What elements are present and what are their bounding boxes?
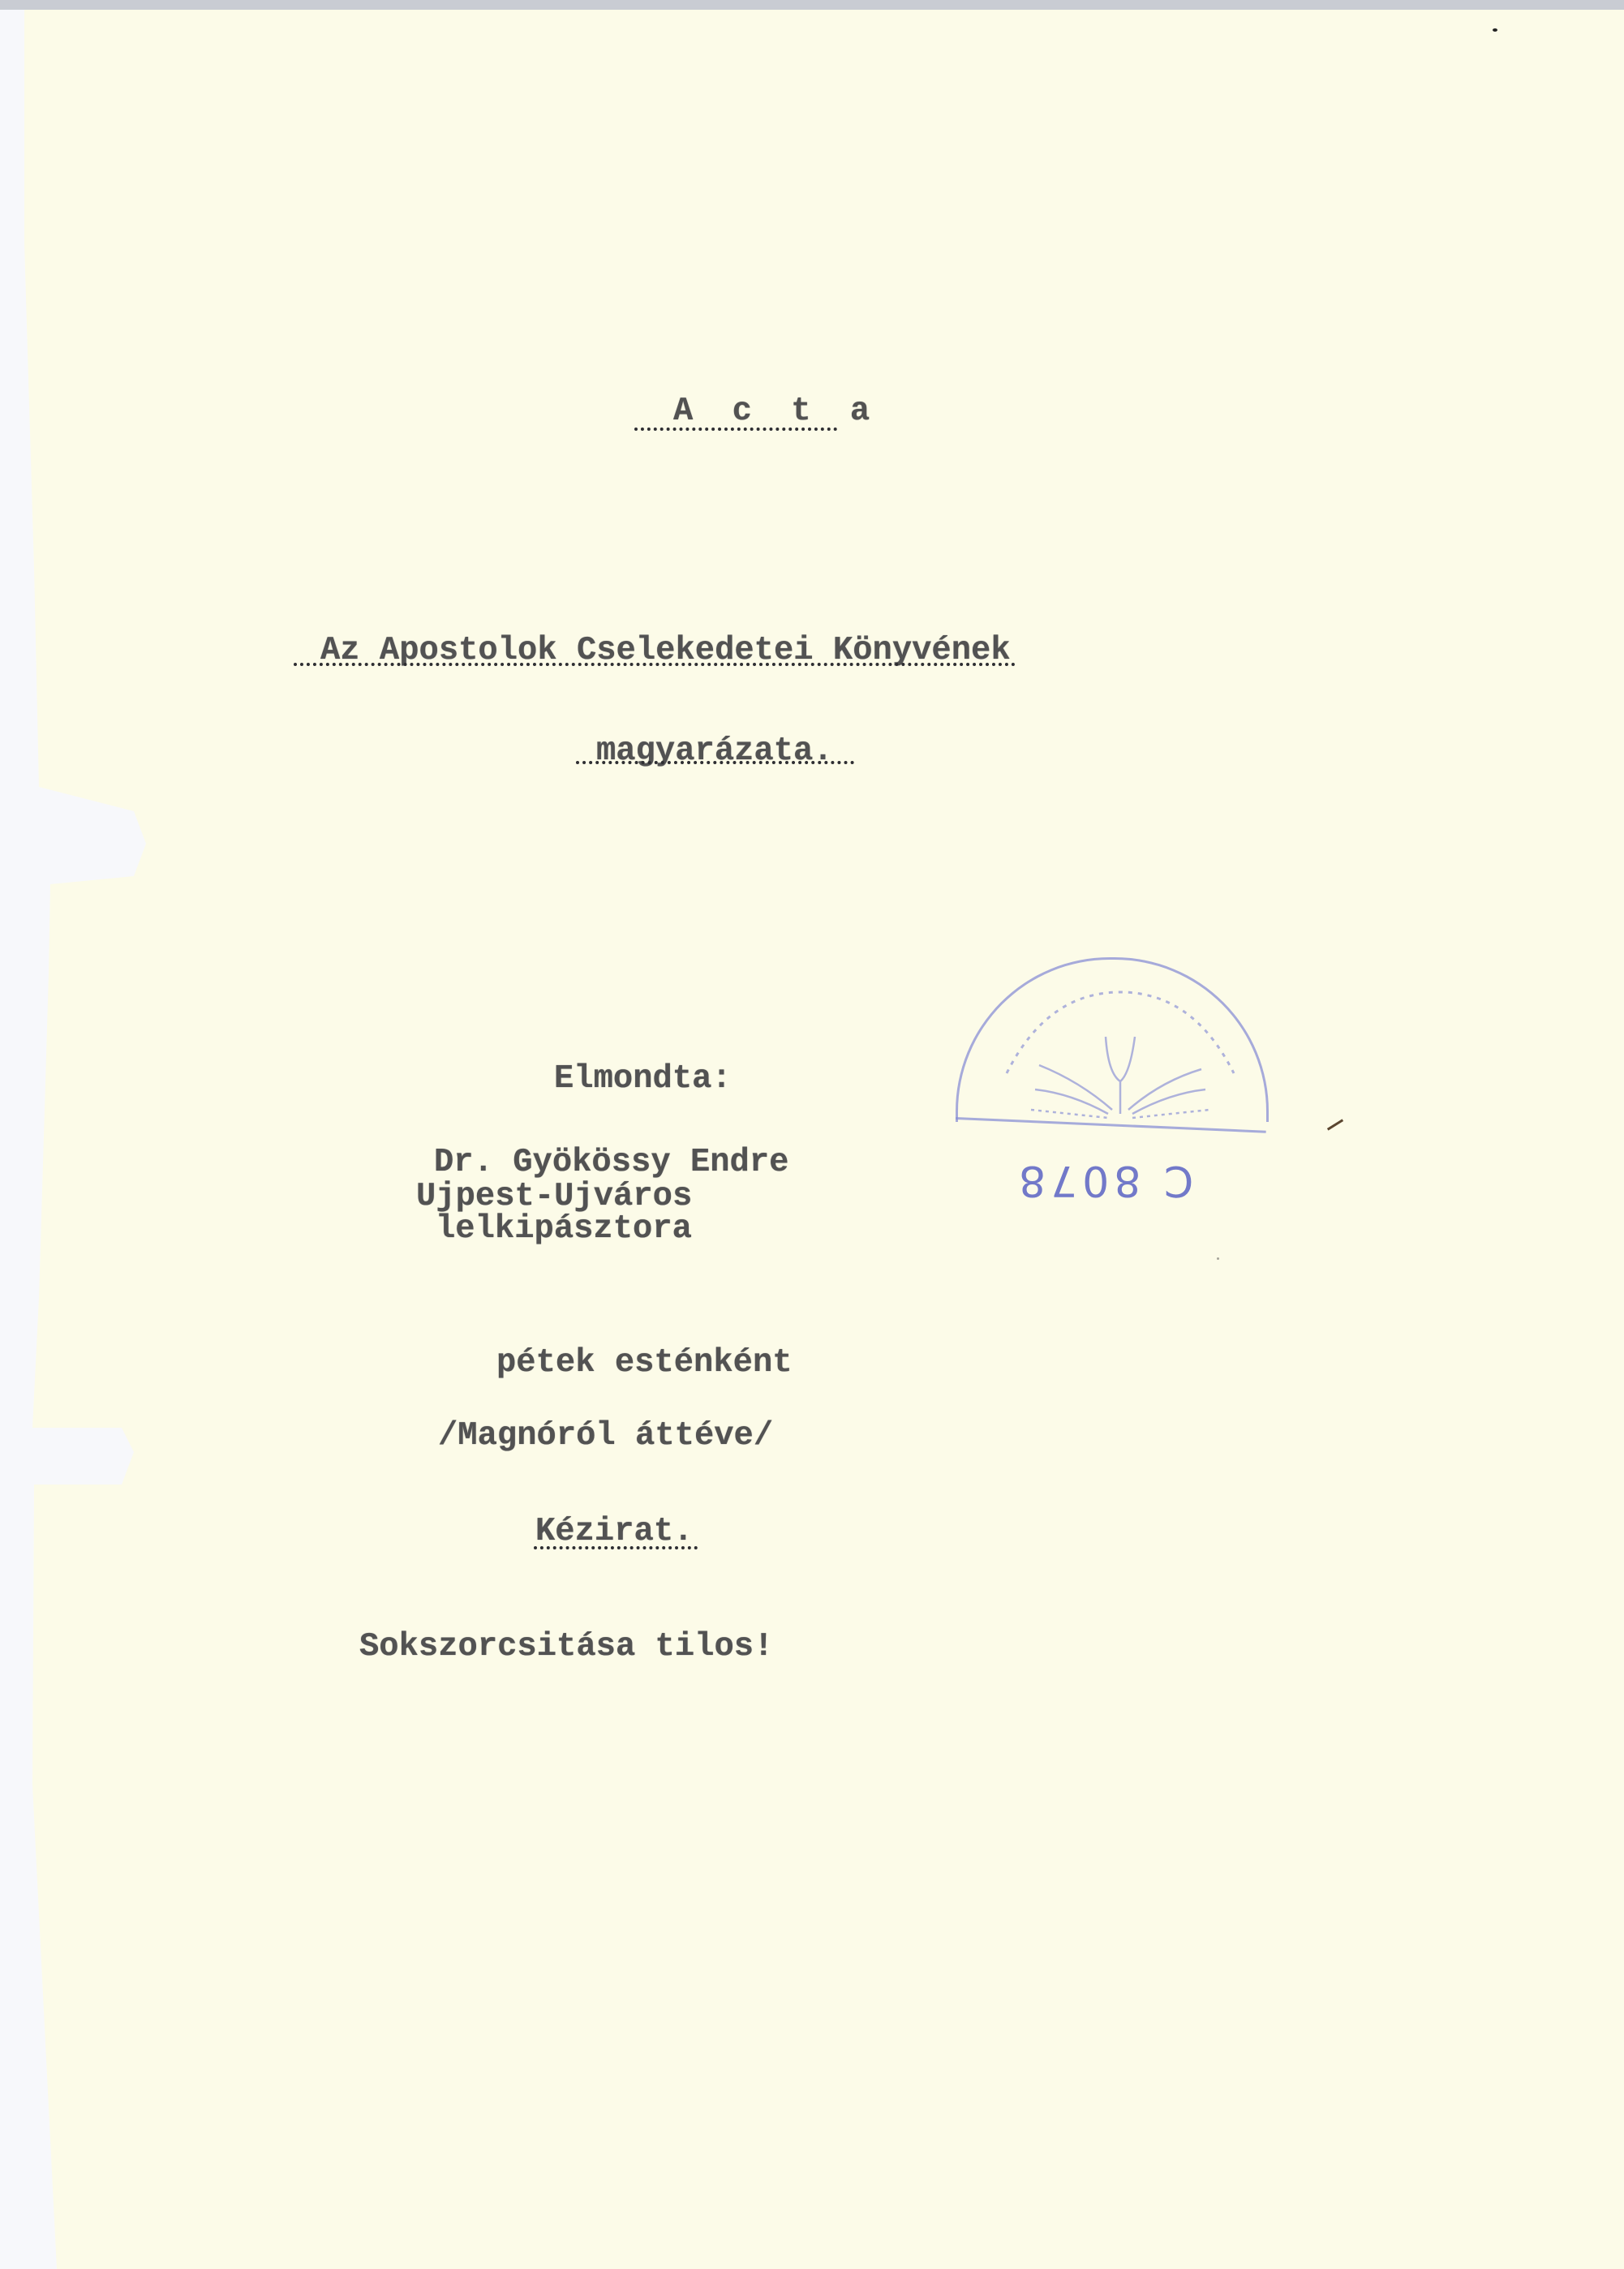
copy-notice: Sokszorcsitása tilos!	[359, 1631, 773, 1664]
source-note: /Magnóról áttéve/	[438, 1420, 773, 1453]
ink-mark	[1327, 1119, 1343, 1130]
manuscript-label: Kézirat.	[535, 1515, 693, 1549]
author-role: lelkipásztora	[436, 1213, 692, 1246]
document-title: A c t a	[673, 395, 879, 428]
library-stamp-icon	[956, 957, 1269, 1122]
paper-speck	[13, 535, 18, 542]
paper-speck	[15, 1209, 19, 1215]
paper-speck	[1493, 28, 1497, 32]
author-place: Ujpest-Ujváros	[416, 1180, 692, 1214]
scan-top-edge	[0, 0, 1624, 10]
subtitle-underline	[294, 663, 1016, 666]
occasion-text: pétek esténként	[496, 1347, 793, 1380]
handwritten-catalogue-number: C 8078	[1014, 1156, 1193, 1205]
paper-speck	[1217, 1257, 1219, 1260]
paper-page: A c t a Az Apostolok Cselekedetei Könyvé…	[0, 0, 1624, 2269]
title-underline	[634, 428, 837, 431]
manuscript-underline	[534, 1546, 698, 1549]
subtitle2-underline	[576, 761, 854, 764]
author-name: Dr. Gyökössy Endre	[434, 1146, 788, 1180]
by-label: Elmondta:	[554, 1063, 732, 1096]
